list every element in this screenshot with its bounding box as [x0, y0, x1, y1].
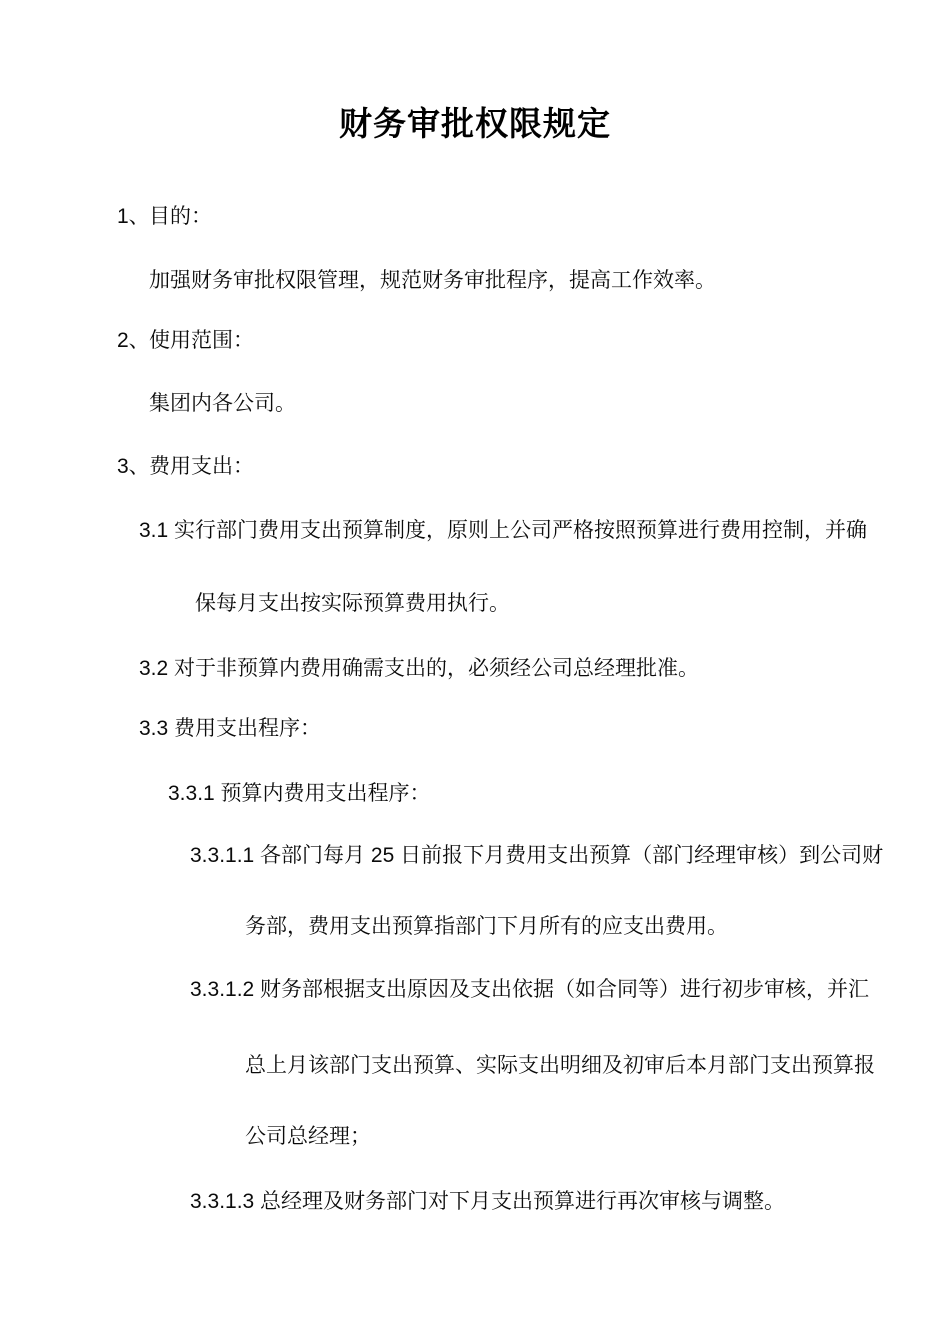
section-3-heading: 3、费用支出：	[117, 456, 254, 478]
section-3-number: 3、	[117, 456, 149, 478]
clause-3-1-continuation: 保每月支出按实际预算费用执行。	[195, 593, 510, 615]
clause-3-3-1-1: 3.3.1.1 各部门每月 25 日前报下月费用支出预算（部门经理审核）到公司财	[190, 845, 883, 867]
section-2-heading: 2、使用范围：	[117, 330, 254, 352]
clause-3-3-1-2-continuation-2: 公司总经理；	[245, 1126, 371, 1148]
section-1-label: 目的：	[149, 205, 212, 228]
clause-3-3-1-3: 3.3.1.3 总经理及财务部门对下月支出预算进行再次审核与调整。	[190, 1191, 785, 1213]
clause-3-3-1-1-continuation: 务部，费用支出预算指部门下月所有的应支出费用。	[245, 916, 728, 938]
clause-3-3-1: 3.3.1 预算内费用支出程序：	[168, 783, 431, 805]
section-2-number: 2、	[117, 330, 149, 352]
document-title: 财务审批权限规定	[0, 106, 950, 142]
clause-3-3: 3.3 费用支出程序：	[139, 718, 321, 740]
clause-3-3-1-2-continuation-1: 总上月该部门支出预算、实际支出明细及初审后本月部门支出预算报	[245, 1055, 875, 1077]
section-1-heading: 1、目的：	[117, 206, 212, 228]
section-1-number: 1、	[117, 206, 149, 228]
clause-3-2: 3.2 对于非预算内费用确需支出的，必须经公司总经理批准。	[139, 658, 699, 680]
section-2-body: 集团内各公司。	[149, 393, 296, 415]
clause-3-1: 3.1 实行部门费用支出预算制度，原则上公司严格按照预算进行费用控制，并确	[139, 520, 867, 542]
section-3-label: 费用支出：	[149, 455, 254, 478]
document-page: 财务审批权限规定 1、目的： 加强财务审批权限管理，规范财务审批程序，提高工作效…	[0, 0, 950, 1344]
section-2-label: 使用范围：	[149, 329, 254, 352]
section-1-body: 加强财务审批权限管理，规范财务审批程序，提高工作效率。	[149, 270, 716, 292]
clause-3-3-1-2: 3.3.1.2 财务部根据支出原因及支出依据（如合同等）进行初步审核，并汇	[190, 979, 869, 1001]
